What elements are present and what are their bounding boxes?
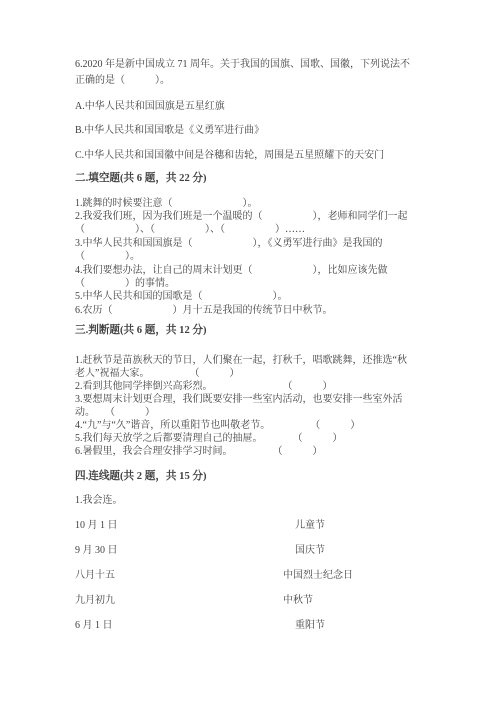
exam-paper-page: 6.2020 年是新中国成立 71 周年。关于我国的国旗、国歌、国徽，下列说法不… — [0, 0, 500, 707]
judgement-questions: 1.赶秋节是苗族秋天的节日，人们聚在一起，打秋千，唱歌跳舞，还推选“秋 老人”祝… — [75, 354, 442, 458]
fill-question-5: 5.中华人民共和国的国歌是（ ）。 — [75, 290, 442, 303]
matching-intro: 1.我会连。 — [75, 494, 442, 507]
judgement-section-heading: 三.判断题(共 6 题，共 12 分) — [75, 324, 442, 338]
judge-question-2: 2.看到其他同学摔倒兴高彩烈。 （ ） — [75, 380, 442, 393]
match-row-5: 6 月 1 日 重阳节 — [75, 619, 442, 632]
multiple-choice-section: 6.2020 年是新中国成立 71 周年。关于我国的国旗、国歌、国徽，下列说法不… — [75, 57, 442, 162]
fill-question-1: 1.跳舞的时候要注意（ ）。 — [75, 197, 442, 210]
match-date-3: 八月十五 — [75, 569, 283, 582]
match-date-1: 10 月 1 日 — [75, 519, 283, 532]
question-6-text: 6.2020 年是新中国成立 71 周年。关于我国的国旗、国歌、国徽，下列说法不… — [75, 57, 442, 88]
matching-section-heading: 四.连线题(共 2 题，共 15 分) — [75, 470, 442, 484]
judge-question-6: 6.暑假里，我会合理安排学习时间。 （ ） — [75, 445, 442, 458]
fill-question-6: 6.农历（ ）月十五是我国的传统节日中秋节。 — [75, 304, 442, 317]
match-festival-2: 国庆节 — [283, 544, 325, 557]
option-b: B.中华人民共和国国歌是《义勇军进行曲》 — [75, 124, 442, 137]
matching-table: 10 月 1 日 儿童节 9 月 30 日 国庆节 八月十五 中国烈士纪念日 九… — [75, 519, 442, 632]
option-a: A.中华人民共和国国旗是五星红旗 — [75, 100, 442, 113]
match-row-3: 八月十五 中国烈士纪念日 — [75, 569, 442, 582]
match-row-2: 9 月 30 日 国庆节 — [75, 544, 442, 557]
match-date-5: 6 月 1 日 — [75, 619, 283, 632]
match-festival-5: 重阳节 — [283, 619, 325, 632]
judge-question-5: 5.我们每天放学之后都要清理自己的抽屉。 （ ） — [75, 432, 442, 445]
fill-in-questions: 1.跳舞的时候要注意（ ）。 2.我爱我们班，因为我们班是一个温暖的（ ），老师… — [75, 197, 442, 318]
match-date-2: 9 月 30 日 — [75, 544, 283, 557]
judge-question-4: 4.“九”与“久”谐音，所以重阳节也叫敬老节。 （ ） — [75, 419, 442, 432]
judge-question-1: 1.赶秋节是苗族秋天的节日，人们聚在一起，打秋千，唱歌跳舞，还推选“秋 老人”祝… — [75, 354, 442, 380]
match-festival-4: 中秋节 — [283, 594, 313, 607]
match-date-4: 九月初九 — [75, 594, 283, 607]
match-row-1: 10 月 1 日 儿童节 — [75, 519, 442, 532]
fill-question-3: 3.中华人民共和国国旗是（ ），《义勇军进行曲》是我国的 （ ）。 — [75, 237, 442, 264]
match-festival-3: 中国烈士纪念日 — [283, 569, 353, 582]
fill-question-2: 2.我爱我们班，因为我们班是一个温暖的（ ），老师和同学们一起 （ ）、（ ）、… — [75, 210, 442, 237]
match-row-4: 九月初九 中秋节 — [75, 594, 442, 607]
option-c: C.中华人民共和国国徽中间是谷穗和齿轮，周围是五星照耀下的天安门 — [75, 149, 442, 162]
fill-in-section-heading: 二.填空题(共 6 题，共 22 分) — [75, 172, 442, 186]
fill-question-4: 4.我们要想办法，让自己的周末计划更（ ），比如应该先做 （ ）的事情。 — [75, 264, 442, 291]
match-festival-1: 儿童节 — [283, 519, 325, 532]
judge-question-3: 3.要想周末计划更合理，我们既要安排一些室内活动，也要安排一些室外活 动。 （ … — [75, 393, 442, 419]
